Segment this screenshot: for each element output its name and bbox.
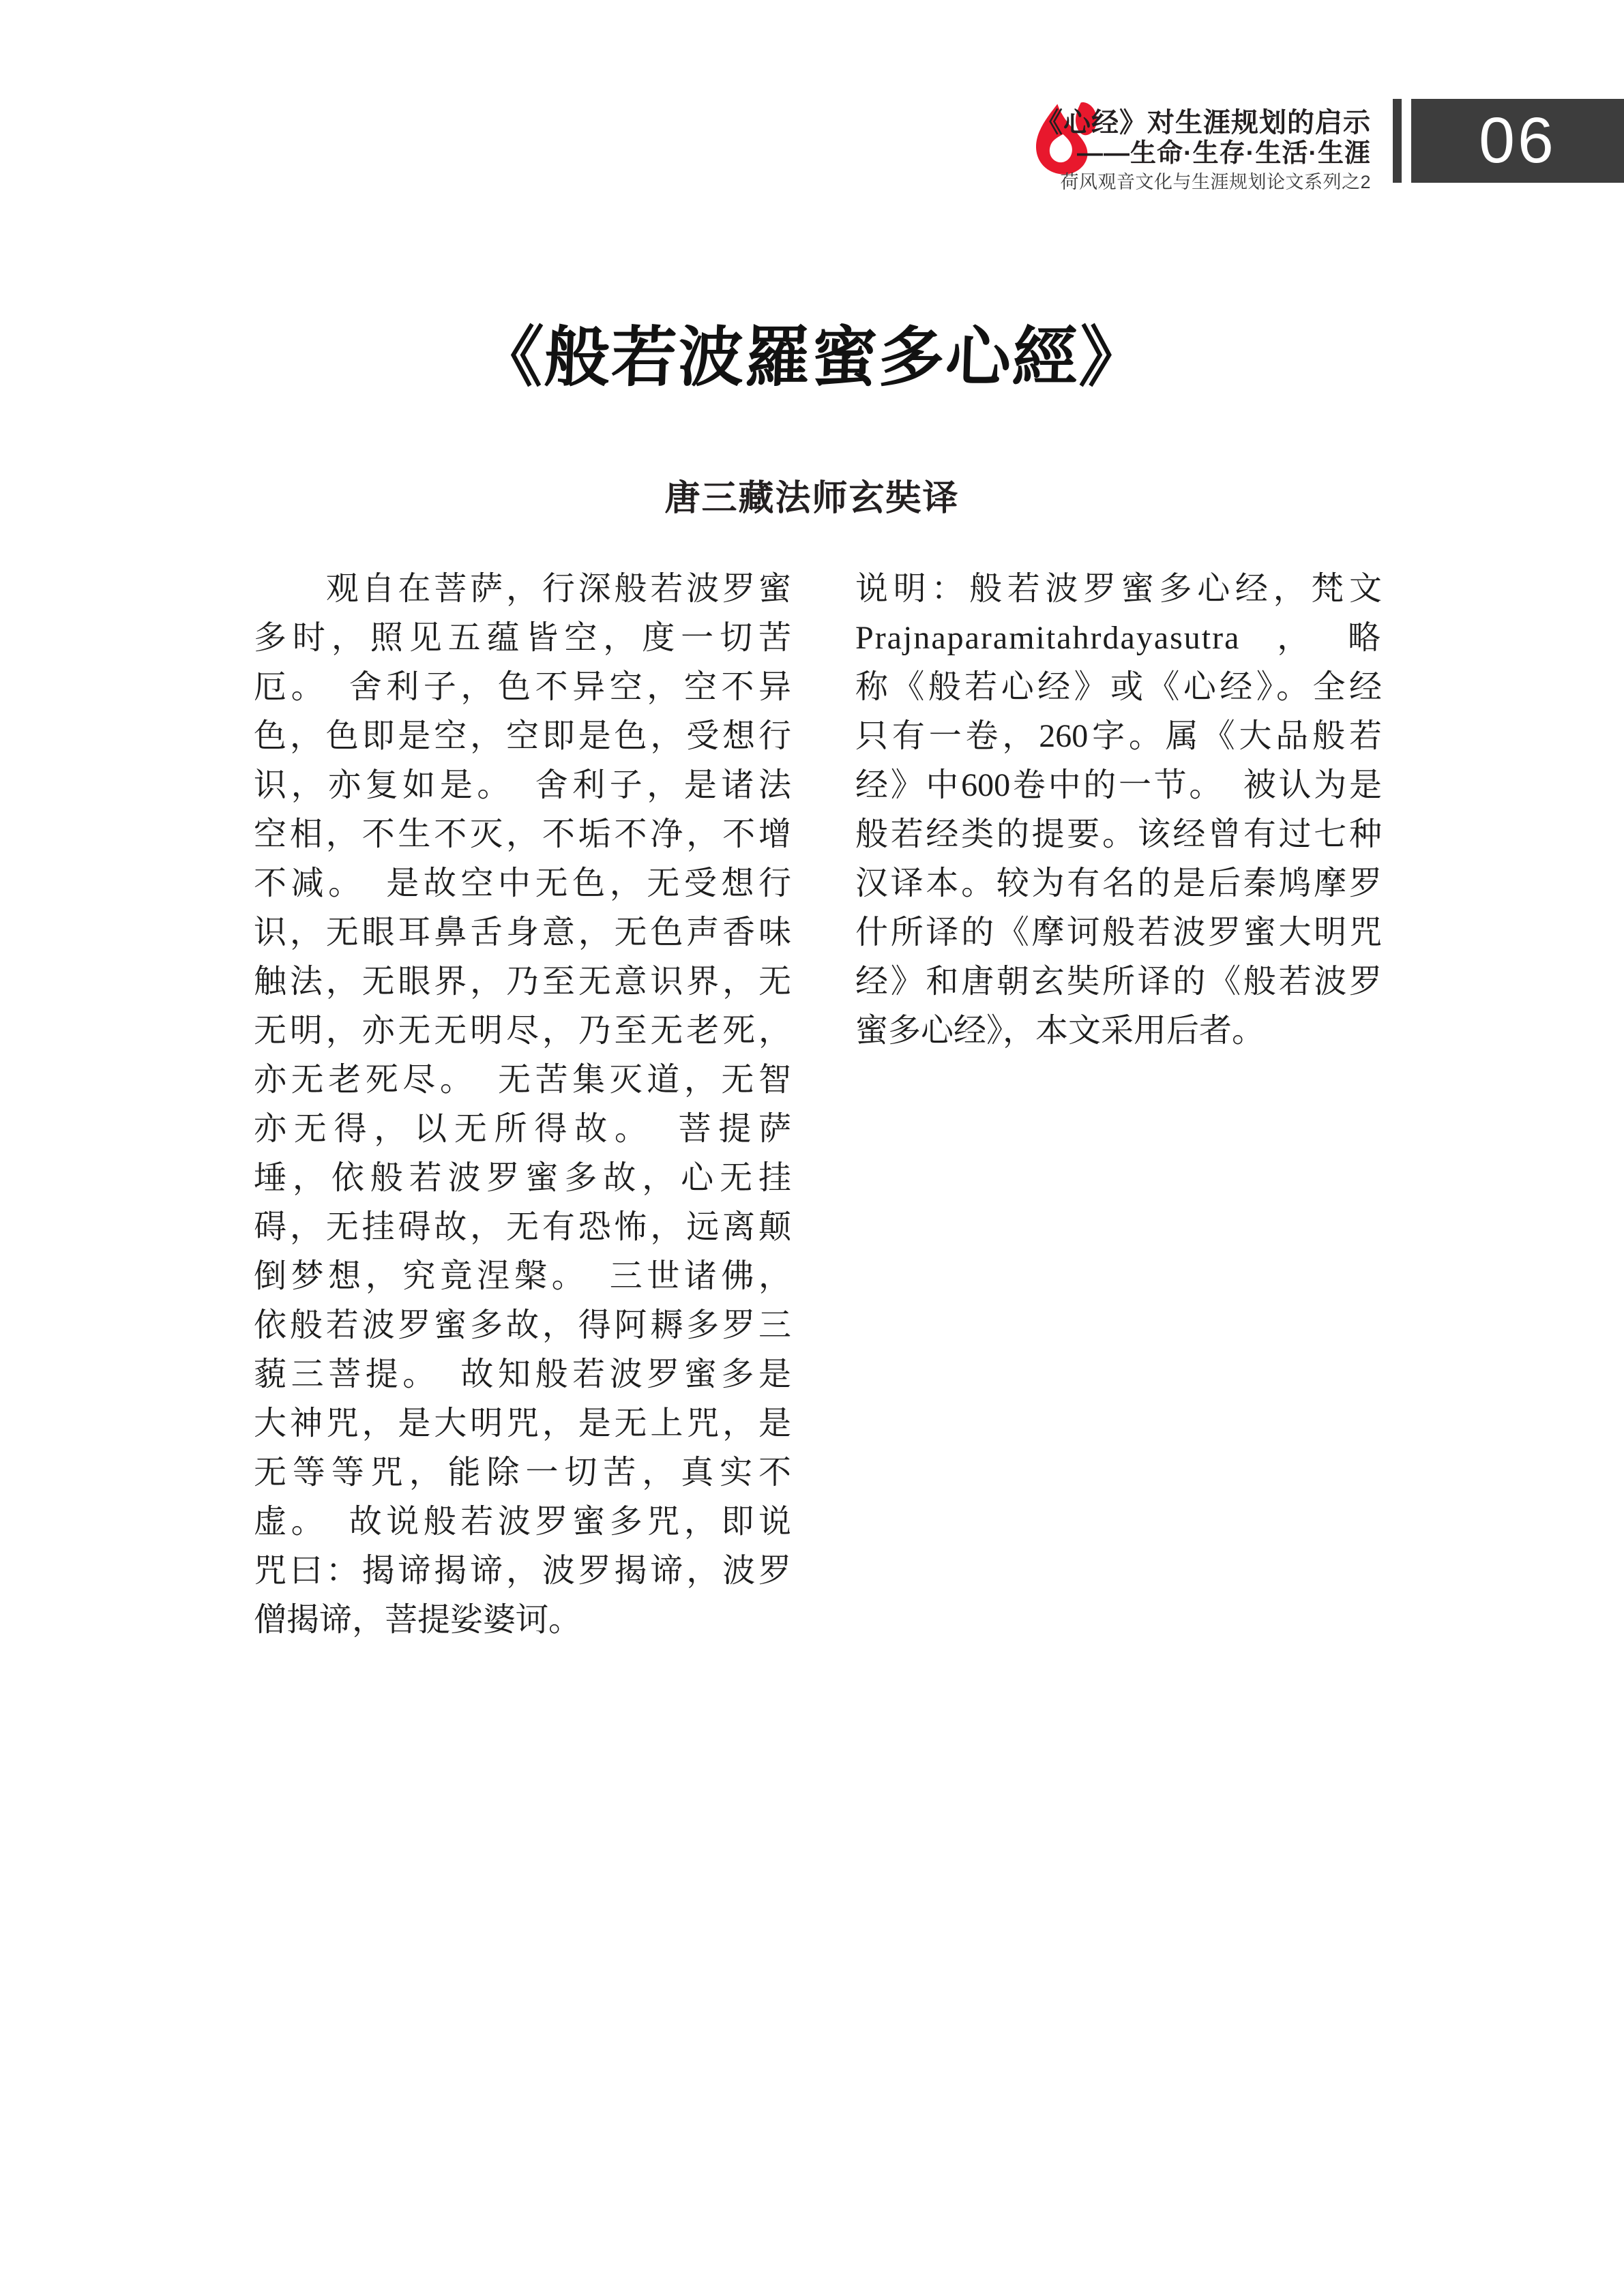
sutra-text-column: 观自在菩萨，行深般若波罗蜜 多时，照见五蕴皆空，度一切苦 厄。 舍利子，色不异空… [254,565,791,1645]
body-line: 僧揭谛，菩提娑婆诃。 [254,1596,791,1645]
body-line: 经》中600卷中的一节。 被认为是 [855,761,1382,810]
translator-subtitle: 唐三藏法师玄奘译 [0,469,1624,520]
body-line: 识，无眼耳鼻舌身意，无色声香味 [254,908,791,957]
sutra-title: 《般若波羅蜜多心經》 [0,305,1624,399]
body-line: 虚。 故说般若波罗蜜多咒，即说 [254,1497,791,1547]
body-line: 只有一卷，260字。属《大品般若 [855,712,1382,761]
body-line: 空相，不生不灭，不垢不净，不增 [254,810,791,859]
body-line: 称《般若心经》或《心经》。全经 [855,663,1382,712]
body-line: 亦无得，以无所得故。 菩提萨 [254,1105,791,1154]
body-line: 色，色即是空，空即是色，受想行 [254,712,791,761]
body-line: 不减。 是故空中无色，无受想行 [254,859,791,908]
body-line: 咒曰：揭谛揭谛，波罗揭谛，波罗 [254,1547,791,1596]
header-title-block: 《心经》对生涯规划的启示 ——生命·生存·生活·生涯 荷风观音文化与生涯规划论文… [1035,108,1371,192]
body-line: Prajnaparamitahrdayasutra，略 [855,614,1382,663]
body-line: 无等等咒，能除一切苦，真实不 [254,1448,791,1497]
body-line: 般若经类的提要。该经曾有过七种 [855,810,1382,859]
body-line: 说明：般若波罗蜜多心经，梵文 [855,565,1382,614]
header-title-line2: ——生命·生存·生活·生涯 [1035,139,1371,168]
body-line: 藐三菩提。 故知般若波罗蜜多是 [254,1350,791,1399]
body-line: 蜜多心经》，本文采用后者。 [855,1007,1382,1056]
body-line: 观自在菩萨，行深般若波罗蜜 [254,565,791,614]
header-title-line1: 《心经》对生涯规划的启示 [1035,108,1371,138]
page-number-divider [1393,99,1402,183]
explanation-column: 说明：般若波罗蜜多心经，梵文 Prajnaparamitahrdayasutra… [855,565,1382,1056]
body-line: 倒梦想，究竟涅槃。 三世诸佛， [254,1252,791,1301]
body-line: 触法，无眼界，乃至无意识界，无 [254,957,791,1007]
body-line: 多时，照见五蕴皆空，度一切苦 [254,614,791,663]
body-line: 汉译本。较为有名的是后秦鸠摩罗 [855,859,1382,908]
header-series-line: 荷风观音文化与生涯规划论文系列之2 [1035,172,1371,192]
body-line: 埵，依般若波罗蜜多故，心无挂 [254,1154,791,1203]
body-line: 无明，亦无无明尽，乃至无老死， [254,1007,791,1056]
body-line: 大神咒，是大明咒，是无上咒，是 [254,1399,791,1448]
body-line: 识，亦复如是。 舍利子，是诸法 [254,761,791,810]
body-line: 亦无老死尽。 无苦集灭道，无智 [254,1056,791,1105]
body-line: 经》和唐朝玄奘所译的《般若波罗 [855,957,1382,1007]
page-number-badge: 06 [1411,99,1624,183]
body-line: 碍，无挂碍故，无有恐怖，远离颠 [254,1203,791,1252]
document-page: 《心经》对生涯规划的启示 ——生命·生存·生活·生涯 荷风观音文化与生涯规划论文… [0,0,1624,2296]
body-line: 依般若波罗蜜多故，得阿耨多罗三 [254,1301,791,1350]
body-line: 什所译的《摩诃般若波罗蜜大明咒 [855,908,1382,957]
body-line: 厄。 舍利子，色不异空，空不异 [254,663,791,712]
page-number: 06 [1479,104,1556,178]
